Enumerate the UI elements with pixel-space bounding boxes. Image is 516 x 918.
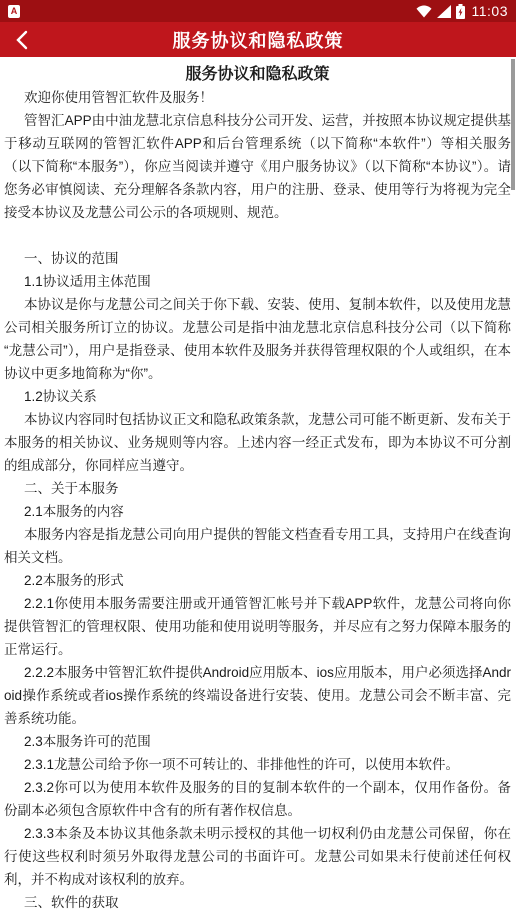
paragraph: 2.3.1龙慧公司给予你一项不可转让的、非排他性的许可，以使用本软件。 [4,753,511,776]
paragraph: 一、协议的范围 [4,247,511,270]
paragraph: 2.2本服务的形式 [4,569,511,592]
back-button[interactable] [4,22,38,57]
app-notification-icon: A [8,5,20,18]
paragraph: 2.2.1你使用本服务需要注册或开通管智汇帐号并下载APP软件，龙慧公司将向你提… [4,592,511,661]
paragraph: 管智汇APP由中油龙慧北京信息科技分公司开发、运营，并按照本协议规定提供基于移动… [4,109,511,224]
paragraph: 欢迎你使用管智汇软件及服务！ [4,86,511,109]
page-title: 服务协议和隐私政策 [173,27,344,53]
status-bar: A 11:03 [0,0,516,22]
document-heading: 服务协议和隐私政策 [4,63,511,86]
paragraph: 本协议是你与龙慧公司之间关于你下载、安装、使用、复制本软件，以及使用龙慧公司相关… [4,293,511,385]
paragraph: 2.2.2本服务中管智汇软件提供Android应用版本、ios应用版本，用户必须… [4,661,511,730]
paragraph: 1.1协议适用主体范围 [4,270,511,293]
paragraph: 本服务内容是指龙慧公司向用户提供的智能文档查看专用工具，支持用户在线查询相关文档… [4,523,511,569]
status-bar-left: A [8,5,20,18]
paragraph: 1.2协议关系 [4,385,511,408]
paragraph: 三、软件的获取 [4,891,511,914]
paragraph [4,224,511,247]
paragraph: 本协议内容同时包括协议正文和隐私政策条款，龙慧公司可能不断更新、发布关于本服务的… [4,408,511,477]
paragraph: 2.1本服务的内容 [4,500,511,523]
chevron-left-icon [15,30,28,50]
paragraph: 2.3.2你可以为使用本软件及服务的目的复制本软件的一个副本，仅用作备份。备份副… [4,776,511,822]
paragraph: 2.3.3本条及本协议其他条款未明示授权的其他一切权利仍由龙慧公司保留，你在行使… [4,822,511,891]
paragraph: 2.3本服务许可的范围 [4,730,511,753]
nav-bar: 服务协议和隐私政策 [0,22,516,57]
document-body: 欢迎你使用管智汇软件及服务！管智汇APP由中油龙慧北京信息科技分公司开发、运营，… [4,86,511,914]
app-screen: A 11:03 服务协议和隐私政策 服务协议和隐私政 [0,0,516,918]
signal-icon [437,5,451,18]
wifi-icon [416,5,432,18]
scrollbar-thumb[interactable] [511,59,515,190]
battery-charging-icon [456,4,465,19]
document-scroll-area[interactable]: 服务协议和隐私政策 欢迎你使用管智汇软件及服务！管智汇APP由中油龙慧北京信息科… [0,57,516,918]
clock-text: 11:03 [472,3,509,19]
paragraph: 二、关于本服务 [4,477,511,500]
status-bar-right: 11:03 [416,3,509,19]
